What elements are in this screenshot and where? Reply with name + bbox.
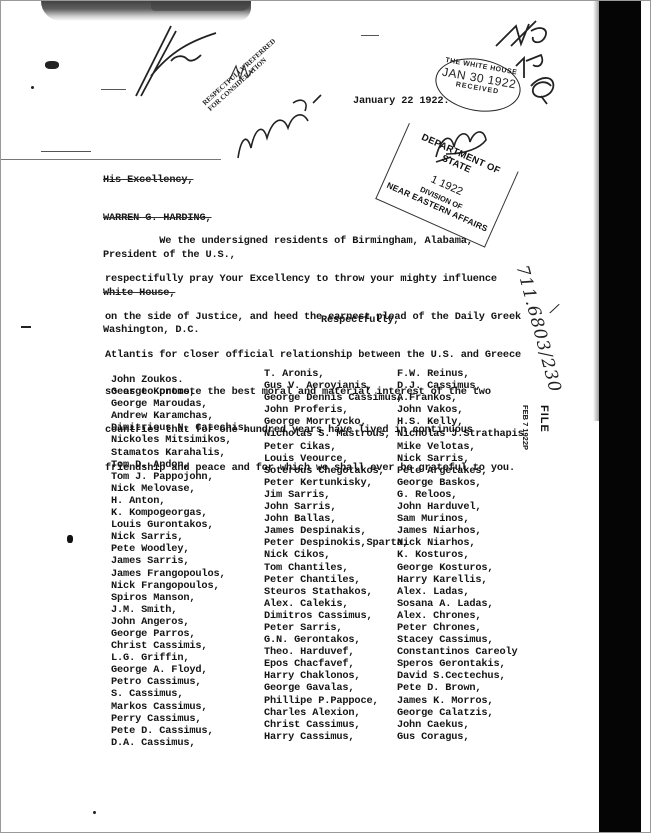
signatory-name: Markos Cassimus, xyxy=(111,701,250,713)
signatory-name: Epos Chacfavef, xyxy=(264,658,409,670)
signatory-name: Jim Sarris, xyxy=(264,489,409,501)
signatory-name: A.Frankos, xyxy=(397,392,524,404)
signatory-name: Gus Coragus, xyxy=(397,731,524,743)
signatory-name: Dimitros Cassimus, xyxy=(264,610,409,622)
signatory-name: James Frangopoulos, xyxy=(111,568,250,580)
scan-binding-edge xyxy=(599,1,641,833)
signatory-name: George Morrtycko, xyxy=(264,416,409,428)
signatory-name: George Calatzis, xyxy=(397,707,524,719)
signatory-name: John Ballas, xyxy=(264,513,409,525)
signatory-name: Soterous Chegotakos, xyxy=(264,465,409,477)
signatory-name: Sam Murinos, xyxy=(397,513,524,525)
signatory-name: Nick Frangopoulos, xyxy=(111,580,250,592)
signatory-name: Stamatos Karahalis, xyxy=(111,447,250,459)
signatory-name: James Despinakis, xyxy=(264,525,409,537)
signatories-column-2: T. Aronis,Gus V. Aeroyianis,George Denni… xyxy=(264,368,409,743)
white-house-received-stamp: THE WHITE HOUSE JAN 30 1922 RECEIVED xyxy=(431,52,525,118)
signatory-name: John Angeros, xyxy=(111,616,250,628)
signatory-name: Nicholas S. Mastrous, xyxy=(264,428,409,440)
signatory-name: D.J. Cassimus, xyxy=(397,380,524,392)
signatory-name: George Gavalas, xyxy=(264,682,409,694)
signatory-name: Harry Cassimus, xyxy=(264,731,409,743)
signatory-name: K. Kosturos, xyxy=(397,549,524,561)
signatory-name: Peter Chantiles, xyxy=(264,574,409,586)
signatory-name: Peter Sarris, xyxy=(264,622,409,634)
signatory-name: Peter Chrones, xyxy=(397,622,524,634)
handwritten-mark: / xyxy=(549,301,559,318)
signatory-name: John Proferis, xyxy=(264,404,409,416)
stamp-text: RESPECTFULLY REFERRED xyxy=(201,37,277,107)
scan-mark xyxy=(101,89,126,90)
scan-mark xyxy=(67,535,73,543)
signatory-name: James Niarhos, xyxy=(397,525,524,537)
signatory-name: Pete Argetakes, xyxy=(397,465,524,477)
referral-stamp: RESPECTFULLY REFERRED FOR CONSIDERATION xyxy=(201,37,283,113)
signatory-name: Dimitrious N. Catechis, xyxy=(111,422,250,434)
signatory-name: K. Kompogeorgas, xyxy=(111,507,250,519)
signatory-name: Tom J. Pappojohn, xyxy=(111,471,250,483)
body-line: respectifully pray Your Excellency to th… xyxy=(105,273,521,286)
signatory-name: Theo. Harduvef, xyxy=(264,646,409,658)
signatory-name: Harry Karellis, xyxy=(397,574,524,586)
signatory-name: Gus V. Aeroyianis, xyxy=(264,380,409,392)
signatory-name: Nick Niarhos, xyxy=(397,537,524,549)
address-line: His Excellency, xyxy=(103,174,236,187)
scan-mark xyxy=(45,61,59,69)
handwritten-signature-middle xyxy=(233,93,333,163)
signatory-name: Alex. Chrones, xyxy=(397,610,524,622)
scan-mark xyxy=(41,151,91,152)
signatory-name: T. Aronis, xyxy=(264,368,409,380)
signatory-name: Pete Woodley, xyxy=(111,543,250,555)
signatory-name: Nick Sarris, xyxy=(397,453,524,465)
signatory-name: George Baskos, xyxy=(397,477,524,489)
signatory-name: John Harduvel, xyxy=(397,501,524,513)
signatory-name: Steuros Stathakos, xyxy=(264,586,409,598)
signatories-column-1: John Zoukos.George Kontos,George Marouda… xyxy=(111,374,250,749)
scanned-letter-page: THE WHITE HOUSE JAN 30 1922 RECEIVED RES… xyxy=(0,0,651,833)
signatory-name: Pete D. Cassimus, xyxy=(111,725,250,737)
signatory-name: George Kontos, xyxy=(111,386,250,398)
body-line: Atlantis for closer official relationshi… xyxy=(105,349,521,362)
signatory-name: J.M. Smith, xyxy=(111,604,250,616)
signatory-name: Nicholas J.Strathapis xyxy=(397,428,524,440)
signatory-name: D.A. Cassimus, xyxy=(111,737,250,749)
signatory-name: Speros Gerontakis, xyxy=(397,658,524,670)
signatory-name: Petro Cassimus, xyxy=(111,676,250,688)
scan-mark xyxy=(361,35,379,36)
signatory-name: H.S. Kelly, xyxy=(397,416,524,428)
signatory-name: John Zoukos. xyxy=(111,374,250,386)
signatory-name: George Parros, xyxy=(111,628,250,640)
signatory-name: Alex. Ladas, xyxy=(397,586,524,598)
signatory-name: Peter Kertunkisky, xyxy=(264,477,409,489)
signatory-name: John Caekus, xyxy=(397,719,524,731)
signatory-name: George Maroudas, xyxy=(111,398,250,410)
signatory-name: Tom D. Andon, xyxy=(111,459,250,471)
signatory-name: Alex. Calekis, xyxy=(264,598,409,610)
stamp-title: FILE xyxy=(538,405,550,433)
signatory-name: Constantinos Careoly xyxy=(397,646,524,658)
body-line: We the undersigned residents of Birmingh… xyxy=(105,235,521,248)
signatory-name: Nick Sarris, xyxy=(111,531,250,543)
stamp-text: FOR CONSIDERATION xyxy=(206,56,268,113)
scan-smudge xyxy=(151,1,251,11)
signatory-name: George Dennis Cassimus, xyxy=(264,392,409,404)
signatory-name: Nick Cikos, xyxy=(264,549,409,561)
signatories-column-3: F.W. Reinus,D.J. Cassimus,A.Frankos,John… xyxy=(397,368,524,743)
body-line: on the side of Justice, and heed the ear… xyxy=(105,311,521,324)
signatory-name: Nick Melovase, xyxy=(111,483,250,495)
signatory-name: George A. Floyd, xyxy=(111,664,250,676)
scan-mark xyxy=(31,86,34,89)
signatory-name: Peter Cikas, xyxy=(264,441,409,453)
signatory-name: S. Cassimus, xyxy=(111,688,250,700)
signatory-name: Tom Chantiles, xyxy=(264,562,409,574)
signatory-name: Peter Despinokis,Sparta, xyxy=(264,537,409,549)
signatory-name: Nickoles Mitsimikos, xyxy=(111,434,250,446)
signatory-name: Charles Alexion, xyxy=(264,707,409,719)
signatory-name: James K. Morros, xyxy=(397,695,524,707)
signatory-name: John Vakos, xyxy=(397,404,524,416)
signatory-name: Stacey Cassimus, xyxy=(397,634,524,646)
letter-date: January 22 1922. xyxy=(353,95,449,107)
signatory-name: George Kosturos, xyxy=(397,562,524,574)
signatory-name: Louis Gurontakos, xyxy=(111,519,250,531)
signatory-name: John Sarris, xyxy=(264,501,409,513)
scan-mark xyxy=(21,326,31,328)
letter-closing: Respectfully, xyxy=(321,314,399,326)
signatory-name: G.N. Gerontakos, xyxy=(264,634,409,646)
signatory-name: Phillipe P.Pappoce, xyxy=(264,695,409,707)
signatory-name: David S.Cectechus, xyxy=(397,670,524,682)
signatory-name: Christ Cassimus, xyxy=(264,719,409,731)
signatory-name: L.G. Griffin, xyxy=(111,652,250,664)
signatory-name: Spiros Manson, xyxy=(111,592,250,604)
signatory-name: Christ Cassimis, xyxy=(111,640,250,652)
signatory-name: Pete D. Brown, xyxy=(397,682,524,694)
signatory-name: Harry Chaklonos, xyxy=(264,670,409,682)
signatory-name: Sosana A. Ladas, xyxy=(397,598,524,610)
signatory-name: Andrew Karamchas, xyxy=(111,410,250,422)
signatory-name: H. Anton, xyxy=(111,495,250,507)
signatory-name: Louis Veource, xyxy=(264,453,409,465)
signatory-name: F.W. Reinus, xyxy=(397,368,524,380)
signatory-name: Mike Velotas, xyxy=(397,441,524,453)
signatory-name: Perry Cassimus, xyxy=(111,713,250,725)
signatory-name: James Sarris, xyxy=(111,555,250,567)
signatory-name: G. Reloos, xyxy=(397,489,524,501)
handwritten-signature-top xyxy=(131,21,221,101)
scan-mark xyxy=(93,811,96,814)
